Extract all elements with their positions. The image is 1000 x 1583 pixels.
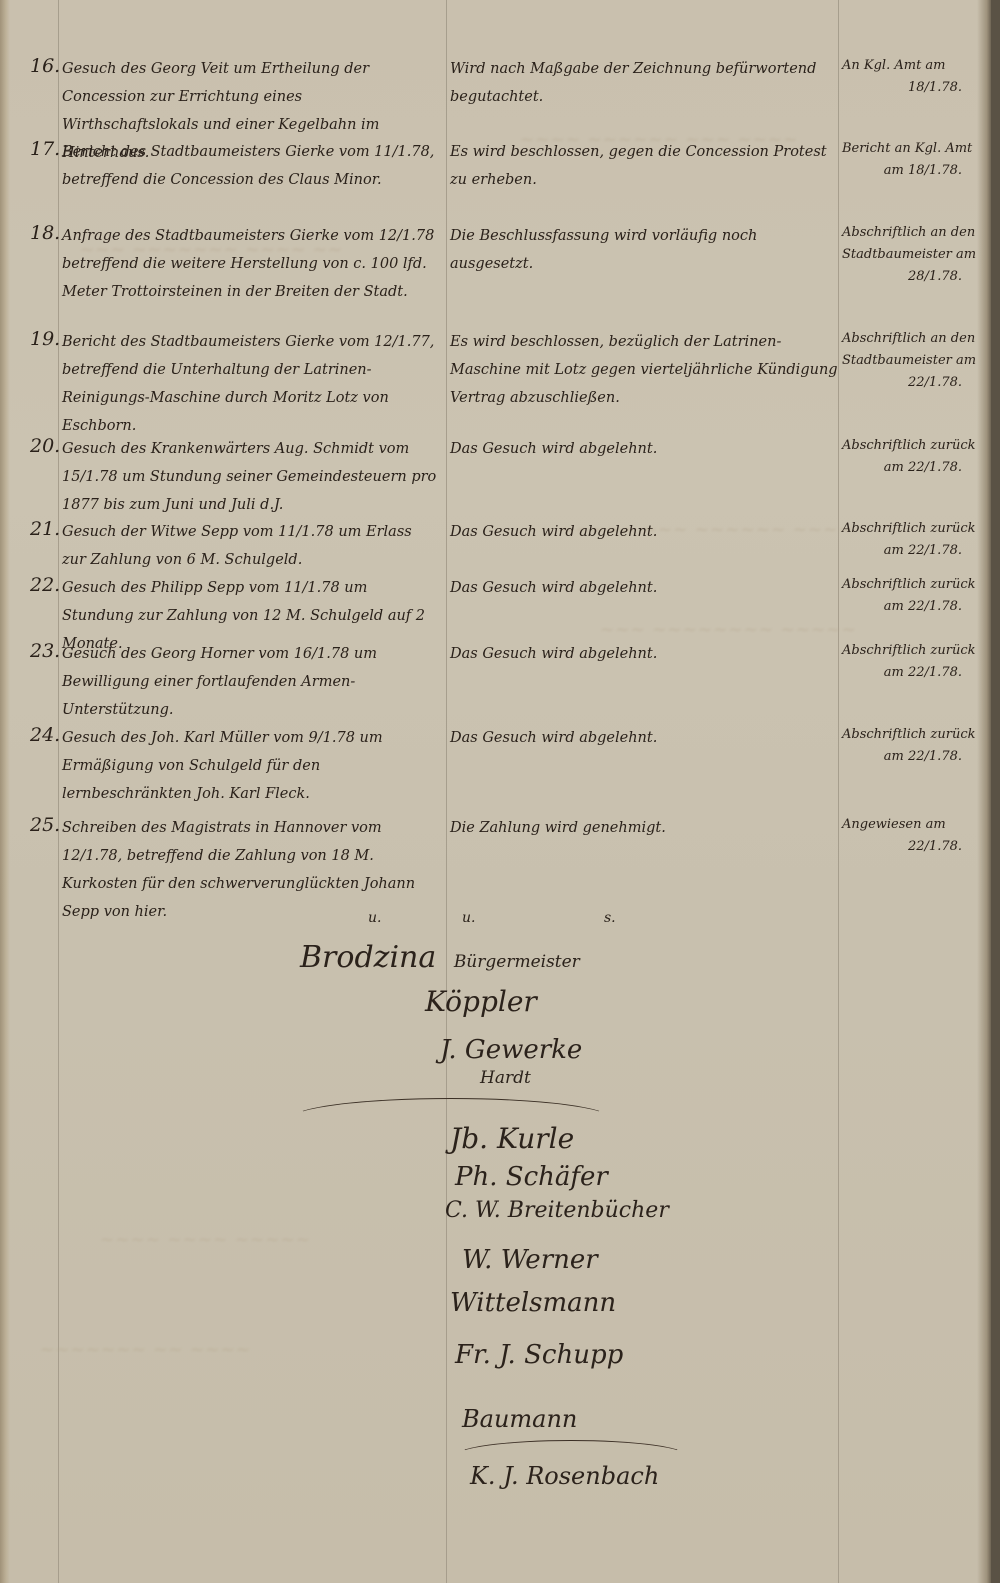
entry-resolution: Das Gesuch wird abgelehnt. [450,574,840,602]
entry-number: 16. [30,55,60,77]
entry-resolution: Das Gesuch wird abgelehnt. [450,435,840,463]
entry-execution: Angewiesen am 22/1.78. [842,814,982,858]
execution-date: am 22/1.78. [842,457,982,479]
entry-subject: Anfrage des Stadtbaumeisters Gierke vom … [62,222,440,306]
entry-resolution: Das Gesuch wird abgelehnt. [450,518,840,546]
signature-title: Bürgermeister [454,952,580,972]
entry-resolution: Die Beschlussfassung wird vorläufig noch… [450,222,840,278]
entry-resolution: Es wird beschlossen, gegen die Concessio… [450,138,840,194]
entry-resolution: Wird nach Maßgabe der Zeichnung befürwor… [450,55,840,111]
signature: Fr. J. Schupp [455,1340,623,1370]
signature: C. W. Breitenbücher [445,1198,669,1223]
signature: Jb. Kurle [450,1122,574,1155]
signature: Wittelsmann [450,1288,616,1318]
entry-execution: An Kgl. Amt am 18/1.78. [842,55,982,99]
bleed-through: ~~~~~~~ ~~ ~~~~ [40,1340,251,1360]
signature-name: W. Werner [462,1245,598,1275]
signature-title: Hardt [480,1068,531,1088]
bleed-through: ~~~ ~~~~~~~~ ~~~~~ [600,620,857,640]
entry-number: 21. [30,518,60,540]
ditto-mark: u. [462,910,475,926]
execution-date: am 22/1.78. [842,540,982,562]
signature-name: Brodzina [300,940,436,975]
entry-resolution: Das Gesuch wird abgelehnt. [450,724,840,752]
signature: J. Gewerke [440,1035,582,1065]
entry-number: 23. [30,640,60,662]
entry-resolution: Die Zahlung wird genehmigt. [450,814,840,842]
entry-subject: Bericht des Stadtbaumeisters Gierke vom … [62,328,440,440]
signature: W. Werner [462,1245,598,1275]
signature: Hardt [480,1068,531,1088]
execution-date: 18/1.78. [842,77,982,99]
entry-execution: Bericht an Kgl. Amt am 18/1.78. [842,138,982,182]
entry-resolution: Es wird beschlossen, bezüglich der Latri… [450,328,840,412]
entry-execution: Abschriftlich zurück am 22/1.78. [842,435,982,479]
entry-number: 25. [30,814,60,836]
signature-name: Köppler [425,985,537,1018]
signature-name: Jb. Kurle [450,1122,574,1155]
signature: K. J. Rosenbach [470,1462,659,1490]
signature: Brodzina Bürgermeister [300,940,580,975]
bleed-through: ~~~~ ~~~~ ~~~~~ [100,1230,311,1250]
signature: Baumann [462,1405,577,1433]
signature-name: Fr. J. Schupp [455,1340,623,1370]
book-edge [991,0,1000,1583]
execution-date: am 18/1.78. [842,160,982,182]
signature-name: Ph. Schäfer [455,1162,608,1192]
entry-number: 20. [30,435,60,457]
ditto-mark: u. [368,910,381,926]
execution-date: 22/1.78. [842,836,982,858]
entry-subject: Gesuch der Witwe Sepp vom 11/1.78 um Erl… [62,518,440,574]
entry-number: 17. [30,138,60,160]
entry-execution: Abschriftlich zurück am 22/1.78. [842,640,982,684]
entry-subject: Schreiben des Magistrats in Hannover vom… [62,814,440,926]
signature-name: Baumann [462,1405,577,1433]
entry-subject: Bericht des Stadtbaumeisters Gierke vom … [62,138,440,194]
ditto-mark: s. [604,910,616,926]
execution-date: am 22/1.78. [842,746,982,768]
entry-number: 24. [30,724,60,746]
entry-execution: Abschriftlich zurück am 22/1.78. [842,518,982,562]
entry-execution: Abschriftlich zurück am 22/1.78. [842,574,982,618]
signature: Ph. Schäfer [455,1162,608,1192]
entry-number: 18. [30,222,60,244]
entry-execution: Abschriftlich an den Stadtbaumeister am … [842,328,982,394]
execution-date: am 22/1.78. [842,596,982,618]
execution-date: am 22/1.78. [842,662,982,684]
entry-execution: Abschriftlich zurück am 22/1.78. [842,724,982,768]
column-rule-subject [446,0,447,1583]
signature-name: Wittelsmann [450,1288,616,1318]
signature-name: J. Gewerke [440,1035,582,1065]
execution-date: 28/1.78. [842,266,982,288]
entry-subject: Gesuch des Joh. Karl Müller vom 9/1.78 u… [62,724,440,808]
entry-number: 22. [30,574,60,596]
signature: Köppler [425,985,537,1018]
document-page: ~~~~ ~~~~~~ ~~~ ~~~~ ~~~ ~~~~~~~ ~~~~ ~~… [0,0,991,1583]
entry-subject: Gesuch des Krankenwärters Aug. Schmidt v… [62,435,440,519]
entry-number: 19. [30,328,60,350]
signature-name: C. W. Breitenbücher [445,1198,669,1223]
execution-date: 22/1.78. [842,372,982,394]
entry-resolution: Das Gesuch wird abgelehnt. [450,640,840,668]
entry-subject: Gesuch des Georg Horner vom 16/1.78 um B… [62,640,440,724]
entry-execution: Abschriftlich an den Stadtbaumeister am … [842,222,982,288]
signature-name: K. J. Rosenbach [470,1462,659,1490]
